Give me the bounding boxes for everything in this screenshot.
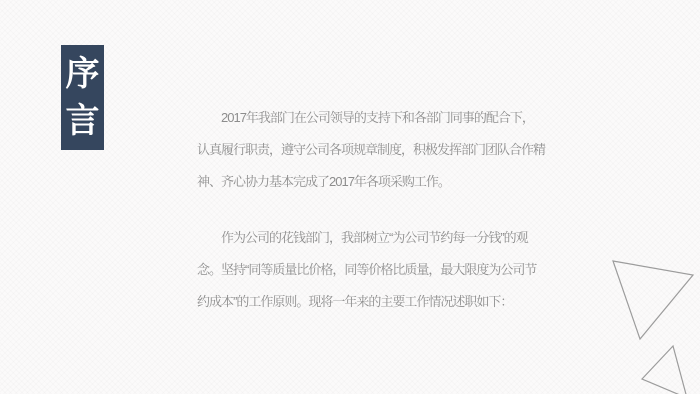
slide-title-block: 序言 (61, 45, 104, 150)
slide-body-text: 2017年我部门在公司领导的支持下和各部门同事的配合下， 认真履行职责，遵守公司… (197, 102, 557, 342)
triangle-decoration-small (642, 346, 687, 394)
paragraph-line: 认真履行职责，遵守公司各项规章制度，积极发挥部门团队合作精 (197, 134, 557, 166)
paragraph-line: 念。坚持“同等质量比价格，同等价格比质量，最大限度为公司节 (197, 254, 557, 286)
paragraph-1: 2017年我部门在公司领导的支持下和各部门同事的配合下， 认真履行职责，遵守公司… (197, 102, 557, 198)
paragraph-line: 作为公司的花钱部门，我部树立“为公司节约每一分钱”的观 (197, 222, 557, 254)
presentation-slide: 序言 2017年我部门在公司领导的支持下和各部门同事的配合下， 认真履行职责，遵… (0, 0, 700, 394)
triangle-decoration-large (613, 261, 693, 339)
paragraph-line: 2017年我部门在公司领导的支持下和各部门同事的配合下， (197, 102, 557, 134)
paragraph-line: 约成本”的工作原则。现将一年来的主要工作情况述职如下： (197, 286, 557, 318)
slide-title: 序言 (66, 51, 100, 145)
paragraph-2: 作为公司的花钱部门，我部树立“为公司节约每一分钱”的观 念。坚持“同等质量比价格… (197, 222, 557, 318)
paragraph-line: 神、齐心协力基本完成了2017年各项采购工作。 (197, 166, 557, 198)
